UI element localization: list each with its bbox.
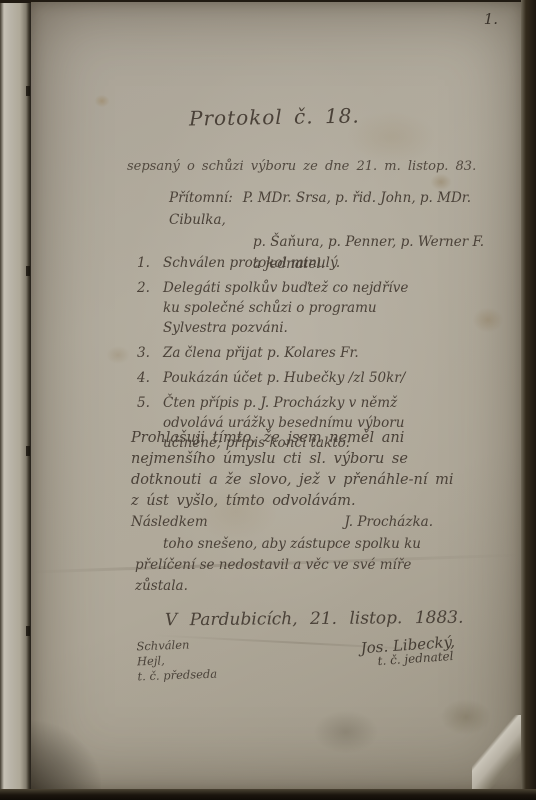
item-number: 3. <box>137 343 163 363</box>
item-number: 1. <box>137 253 163 273</box>
paper-stain <box>431 692 501 742</box>
approval-note: Schválen Hejl, t. č. předseda <box>136 637 217 685</box>
book-page-edges <box>0 0 31 800</box>
agenda-item-4: 4. Poukázán účet p. Hubečky /zl 50kr/ <box>137 368 467 388</box>
binding-stitches <box>26 0 30 800</box>
item-text: Poukázán účet p. Hubečky /zl 50kr/ <box>163 368 415 388</box>
agenda-item-2: 2. Delegáti spolkův buďtež co nejdříve k… <box>137 278 467 338</box>
resolution-lead: Následkem <box>131 514 208 530</box>
paper-stain <box>466 302 510 338</box>
quoted-statement: Prohlašuji tímto, že jsem neměl ani nejm… <box>131 428 455 512</box>
page-number: 1. <box>484 10 498 28</box>
photo-border-bottom <box>0 789 536 800</box>
agenda-item-3: 3. Za člena přijat p. Kolares Fr. <box>137 343 467 363</box>
item-text: Schválen protokol minulý. <box>163 253 415 273</box>
secretary-signature: Jos. Libecký, t. č. jednatel <box>360 633 456 670</box>
attendees-label: Přítomní: <box>169 190 233 206</box>
agenda-item-1: 1. Schválen protokol minulý. <box>137 253 467 273</box>
paper-stain <box>91 92 113 110</box>
manuscript-page: 1. Protokol č. 18. sepsaný o schůzi výbo… <box>31 2 522 791</box>
attendees-line2: p. Šaňura, p. Penner, p. Werner F. <box>253 231 499 253</box>
item-text: Za člena přijat p. Kolares Fr. <box>163 343 415 363</box>
item-text: Delegáti spolkův buďtež co nejdříve ku s… <box>163 278 415 338</box>
dateline: V Pardubicích, 21. listop. 1883. <box>165 608 464 631</box>
item-number: 2. <box>137 278 163 338</box>
paper-stain <box>301 702 391 762</box>
manuscript-photo: 1. Protokol č. 18. sepsaný o schůzi výbo… <box>0 0 536 800</box>
photo-border-right <box>521 0 536 800</box>
approval-role: t. č. předseda <box>137 667 217 685</box>
resolution-paragraph: toho snešeno, aby zástupce spolku ku pře… <box>135 534 447 597</box>
item-number: 4. <box>137 368 163 388</box>
resolution-lead-row: Následkem J. Procházka. <box>131 514 433 530</box>
paper-stain <box>101 342 135 368</box>
protocol-title: Protokol č. 18. <box>189 104 360 131</box>
protocol-subtitle: sepsaný o schůzi výboru ze dne 21. m. li… <box>127 159 476 174</box>
quote-signature: J. Procházka. <box>344 514 433 530</box>
